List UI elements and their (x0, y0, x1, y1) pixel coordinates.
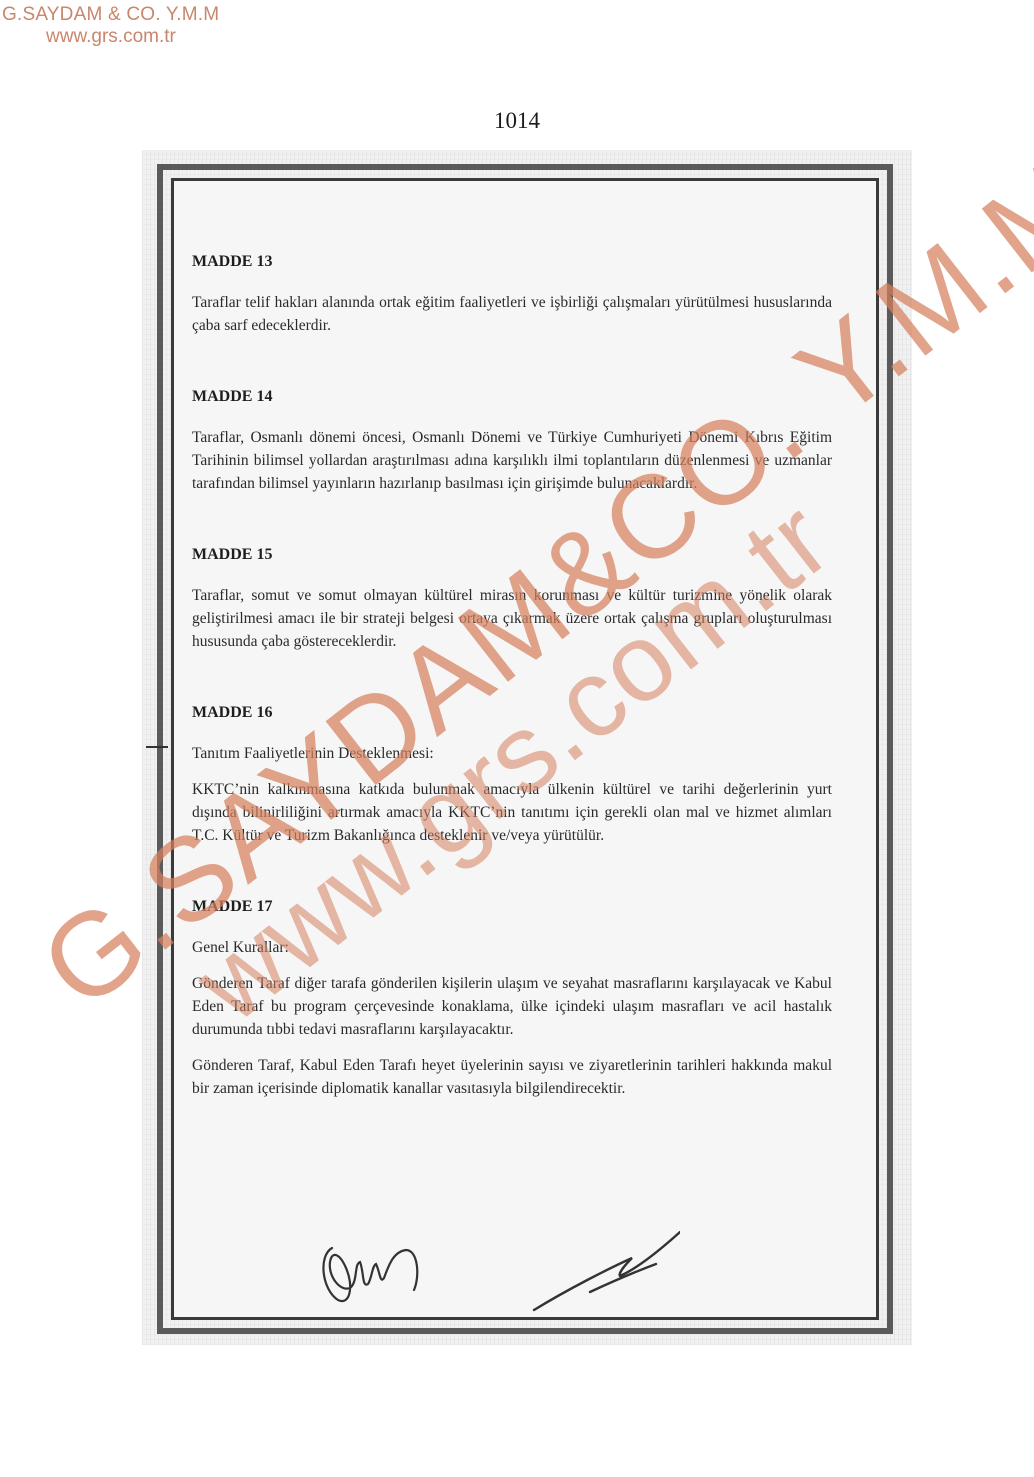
article-paragraph: Taraflar telif hakları alanında ortak eğ… (192, 291, 832, 337)
article-heading: MADDE 15 (192, 543, 832, 566)
article-heading: MADDE 14 (192, 385, 832, 408)
watermark-header: G.SAYDAM & CO. Y.M.M www.grs.com.tr (2, 4, 219, 48)
article-14: MADDE 14 Taraflar, Osmanlı dönemi öncesi… (192, 385, 832, 495)
article-paragraph: KKTC’nin kalkınmasına katkıda bulunmak a… (192, 778, 832, 847)
watermark-company: G.SAYDAM & CO. Y.M.M (2, 4, 219, 26)
article-subtitle: Genel Kurallar: (192, 936, 832, 959)
article-paragraph: Taraflar, Osmanlı dönemi öncesi, Osmanlı… (192, 426, 832, 495)
article-heading: MADDE 17 (192, 895, 832, 918)
article-paragraph: Gönderen Taraf, Kabul Eden Tarafı heyet … (192, 1054, 832, 1100)
article-16: MADDE 16 Tanıtım Faaliyetlerinin Destekl… (192, 701, 832, 847)
article-13: MADDE 13 Taraflar telif hakları alanında… (192, 250, 832, 337)
page-number: 1014 (0, 108, 1034, 134)
article-17: MADDE 17 Genel Kurallar: Gönderen Taraf … (192, 895, 832, 1100)
handwritten-signature-icon (520, 1228, 680, 1318)
article-heading: MADDE 13 (192, 250, 832, 273)
handwritten-signature-icon (310, 1228, 430, 1308)
article-paragraph: Taraflar, somut ve somut olmayan kültüre… (192, 584, 832, 653)
article-paragraph: Gönderen Taraf diğer tarafa gönderilen k… (192, 972, 832, 1041)
article-heading: MADDE 16 (192, 701, 832, 724)
watermark-website: www.grs.com.tr (2, 26, 219, 48)
document-body: MADDE 13 Taraflar telif hakları alanında… (192, 250, 832, 1148)
margin-mark (146, 746, 168, 748)
article-15: MADDE 15 Taraflar, somut ve somut olmaya… (192, 543, 832, 653)
article-subtitle: Tanıtım Faaliyetlerinin Desteklenmesi: (192, 742, 832, 765)
